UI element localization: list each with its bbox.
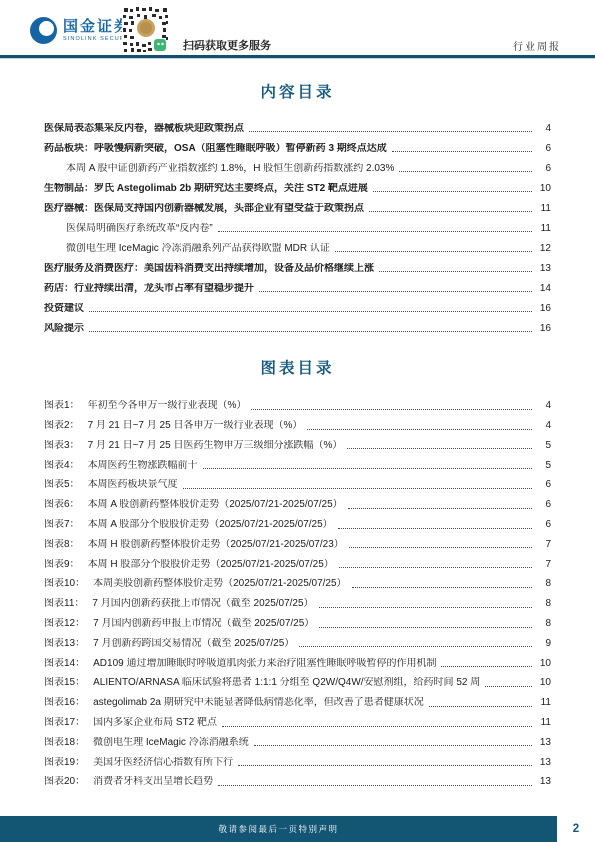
page-number: 11 — [537, 223, 551, 236]
header-divider — [0, 55, 595, 59]
dot-leader — [222, 726, 532, 727]
page-number: 11 — [537, 717, 551, 730]
page-number: 6 — [537, 163, 551, 176]
dot-leader — [399, 171, 532, 172]
footer-disclaimer: 敬请参阅最后一页特别声明 — [218, 823, 338, 835]
toc-entry[interactable]: 本周 A 股中证创新药产业指数涨约 1.8%，H 股恒生创新药指数涨约 2.03… — [44, 155, 551, 175]
dot-leader — [238, 765, 532, 766]
dot-leader — [348, 508, 532, 509]
figure-entry[interactable]: 图表17：国内多家企业布局 ST2 靶点11 — [44, 710, 551, 730]
page-number: 12 — [537, 243, 551, 256]
page-number: 8 — [537, 578, 551, 591]
figure-entry[interactable]: 图表11：7 月国内创新药获批上市情况（截至 2025/07/25）8 — [44, 591, 551, 611]
page-number: 16 — [537, 303, 551, 316]
wechat-icon — [154, 39, 166, 51]
page-number: 10 — [537, 658, 551, 671]
figure-entry[interactable]: 图表16：astegolimab 2a 期研究中未能显著降低病情恶化率，但改善了… — [44, 690, 551, 710]
page-number: 4 — [537, 400, 551, 413]
dot-leader — [319, 607, 532, 608]
figure-entry[interactable]: 图表6：本周 A 股创新药整体股价走势（2025/07/21-2025/07/2… — [44, 492, 551, 512]
figure-entry[interactable]: 图表10：本周美股创新药整体股价走势（2025/07/21-2025/07/25… — [44, 571, 551, 591]
dot-leader — [249, 131, 532, 132]
sinolink-logo-icon — [30, 17, 57, 44]
page-number: 16 — [537, 323, 551, 336]
dot-leader — [349, 547, 532, 548]
figure-entry[interactable]: 图表7：本周 A 股部分个股股价走势（2025/07/21-2025/07/25… — [44, 512, 551, 532]
page-number: 13 — [537, 776, 551, 789]
dot-leader — [373, 191, 532, 192]
dot-leader — [259, 291, 532, 292]
toc-entry[interactable]: 微创电生理 IceMagic 冷冻消融系列产品获得欧盟 MDR 认证12 — [44, 235, 551, 255]
page-number: 9 — [537, 638, 551, 651]
figure-toc: 图表1：年初至今各申万一级行业表现（%）4 图表2：7 月 21 日~7 月 2… — [0, 393, 595, 789]
toc-entry[interactable]: 药店：行业持续出清，龙头市占率有望稳步提升14 — [44, 275, 551, 295]
footer-page-number: 2 — [573, 823, 579, 835]
dot-leader — [379, 271, 532, 272]
toc-entry[interactable]: 医疗服务及消费医疗：美国齿科消费支出持续增加，设备及品价格继续上涨13 — [44, 255, 551, 275]
toc-entry[interactable]: 药品板块：呼吸慢病新突破，OSA（阻塞性睡眠呼吸）暂停新药 3 期终点达成6 — [44, 135, 551, 155]
dot-leader — [485, 686, 532, 687]
page-number: 14 — [537, 283, 551, 296]
dot-leader — [319, 627, 532, 628]
page-number: 6 — [537, 143, 551, 156]
qr-caption: 扫码获取更多服务 — [183, 37, 271, 53]
figure-entry[interactable]: 图表14：AD109 通过增加睡眠时呼吸道肌肉张力来治疗阻塞性睡眠呼吸暂停的作用… — [44, 650, 551, 670]
figure-entry[interactable]: 图表18：微创电生理 IceMagic 冷冻消融系统13 — [44, 730, 551, 750]
figure-entry[interactable]: 图表13：7 月创新药跨国交易情况（截至 2025/07/25）9 — [44, 631, 551, 651]
figure-entry[interactable]: 图表9：本周 H 股部分个股股价走势（2025/07/21-2025/07/25… — [44, 551, 551, 571]
toc-entry[interactable]: 投资建议16 — [44, 295, 551, 315]
page-number: 13 — [537, 263, 551, 276]
report-type-label: 行业周报 — [513, 38, 561, 53]
dot-leader — [307, 429, 532, 430]
figure-entry[interactable]: 图表20：消费者牙科支出呈增长趋势13 — [44, 769, 551, 789]
page-number: 8 — [537, 598, 551, 611]
dot-leader — [89, 311, 532, 312]
dot-leader — [203, 468, 532, 469]
dot-leader — [338, 528, 532, 529]
page-number: 11 — [537, 203, 551, 216]
toc-entry[interactable]: 风险提示16 — [44, 315, 551, 335]
page-number: 10 — [537, 183, 551, 196]
dot-leader — [299, 646, 532, 647]
figure-entry[interactable]: 图表4：本周医药生物涨跌幅前十5 — [44, 452, 551, 472]
page-number: 8 — [537, 618, 551, 631]
dot-leader — [352, 587, 532, 588]
dot-leader — [347, 448, 532, 449]
figure-entry[interactable]: 图表2：7 月 21 日~7 月 25 日各申万一级行业表现（%）4 — [44, 413, 551, 433]
page-number: 6 — [537, 499, 551, 512]
page-number: 4 — [537, 420, 551, 433]
dot-leader — [335, 251, 532, 252]
dot-leader — [254, 745, 532, 746]
page-header: 国金证券 SINOLINK SECURITIES — [0, 0, 595, 57]
dot-leader — [251, 409, 532, 410]
qr-code — [122, 6, 170, 54]
dot-leader — [339, 567, 532, 568]
figure-entry[interactable]: 图表5：本周医药板块景气度6 — [44, 472, 551, 492]
page-number: 13 — [537, 737, 551, 750]
page-number: 4 — [537, 123, 551, 136]
content-toc: 医保局表态集采反内卷，器械板块迎政策拐点4 药品板块：呼吸慢病新突破，OSA（阻… — [0, 115, 595, 335]
toc-entry[interactable]: 医保局明确医疗系统改革“反内卷”11 — [44, 215, 551, 235]
dot-leader — [369, 211, 532, 212]
figure-entry[interactable]: 图表1：年初至今各申万一级行业表现（%）4 — [44, 393, 551, 413]
page-number: 6 — [537, 519, 551, 532]
figure-entry[interactable]: 图表19：美国牙医经济信心指数有所下行13 — [44, 749, 551, 769]
page-footer: 敬请参阅最后一页特别声明 2 — [0, 816, 595, 842]
page-number: 11 — [537, 697, 551, 710]
figure-toc-title: 图表目录 — [0, 335, 595, 378]
page-number: 5 — [537, 460, 551, 473]
dot-leader — [392, 151, 532, 152]
figure-entry[interactable]: 图表8：本周 H 股创新药整体股价走势（2025/07/21-2025/07/2… — [44, 532, 551, 552]
toc-entry[interactable]: 医保局表态集采反内卷，器械板块迎政策拐点4 — [44, 115, 551, 135]
figure-entry[interactable]: 图表15：ALIENTO/ARNASA 临床试验将患者 1:1:1 分组至 Q2… — [44, 670, 551, 690]
page-number: 13 — [537, 757, 551, 770]
dot-leader — [218, 231, 532, 232]
report-page: 国金证券 SINOLINK SECURITIES — [0, 0, 595, 842]
dot-leader — [429, 706, 532, 707]
page-number: 5 — [537, 440, 551, 453]
dot-leader — [183, 488, 532, 489]
toc-entry[interactable]: 医疗器械：医保局支持国内创新器械发展，头部企业有望受益于政策拐点11 — [44, 195, 551, 215]
page-number: 6 — [537, 479, 551, 492]
page-number: 7 — [537, 559, 551, 572]
footer-bar: 敬请参阅最后一页特别声明 — [0, 816, 557, 842]
figure-entry[interactable]: 图表3：7 月 21 日~7 月 25 日医药生物申万三级细分涨跌幅（%）5 — [44, 433, 551, 453]
toc-entry[interactable]: 生物制品：罗氏 Astegolimab 2b 期研究达主要终点，关注 ST2 靶… — [44, 175, 551, 195]
footer-page-box: 2 — [557, 816, 595, 842]
dot-leader — [441, 666, 532, 667]
page-number: 10 — [537, 677, 551, 690]
dot-leader — [218, 785, 532, 786]
figure-entry[interactable]: 图表12：7 月国内创新药申报上市情况（截至 2025/07/25）8 — [44, 611, 551, 631]
dot-leader — [89, 331, 532, 332]
page-number: 7 — [537, 539, 551, 552]
